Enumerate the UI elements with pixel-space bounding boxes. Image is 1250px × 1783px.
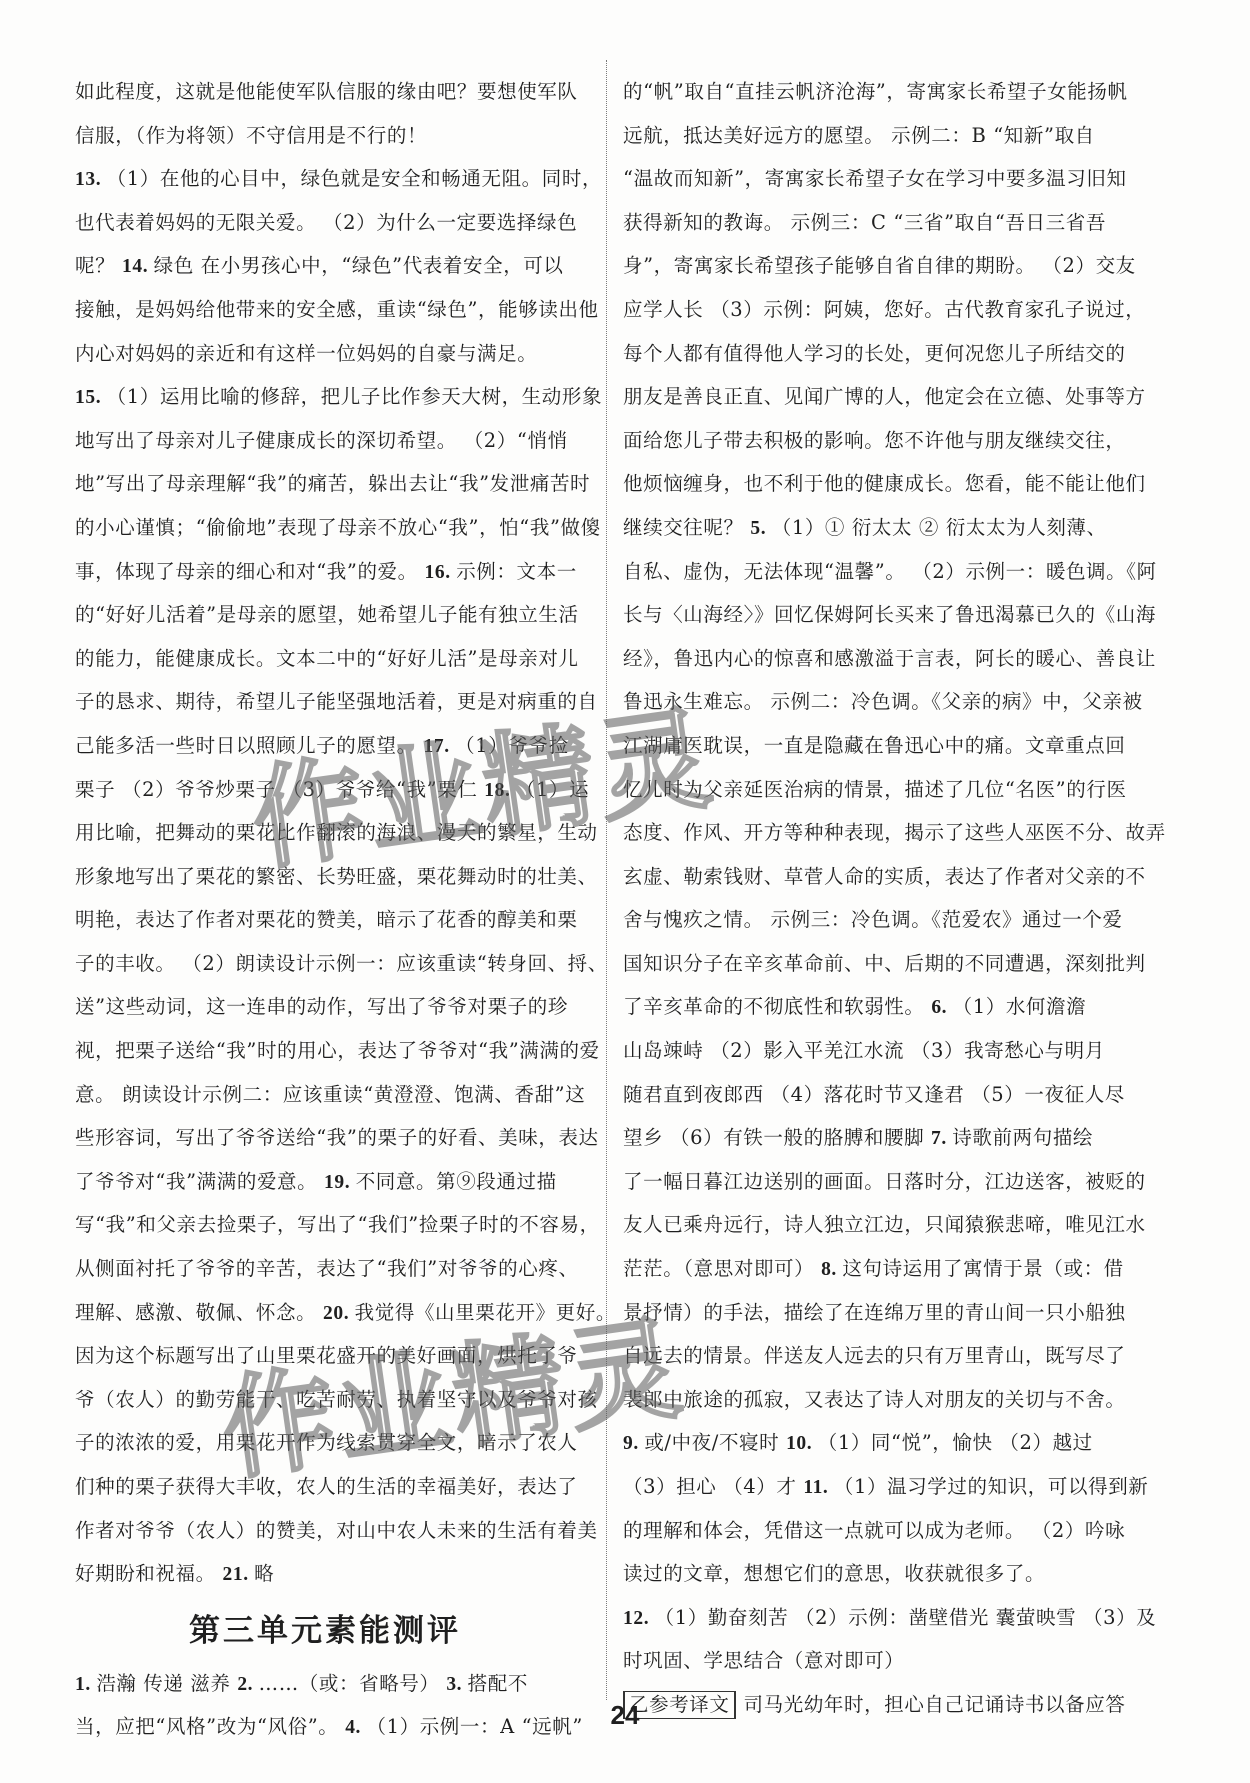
text-line: 读过的文章，想想它们的意思，收获就很多了。 xyxy=(623,1552,1128,1596)
text-line: 自私、虚伪，无法体现“温馨”。 （2）示例一：暖色调。《阿 xyxy=(623,550,1128,594)
text-line: 应学人长 （3）示例：阿姨，您好。古代教育家孔子说过， xyxy=(623,288,1128,332)
text-line: 信服，（作为将领）不守信用是不行的！ xyxy=(75,114,575,158)
text-line: 些形容词，写出了爷爷送给“我”的栗子的好看、美味，表达 xyxy=(75,1116,575,1160)
text-line: （3）担心 （4）才 11. （1）温习学过的知识，可以得到新 xyxy=(623,1465,1128,1509)
right-answer-lines: 的“帆”取自“直挂云帆济沧海”，寄寓家长希望子女能扬帆远航，抵达美好远方的愿望。… xyxy=(623,70,1128,1683)
text-line: 随君直到夜郎西 （4）落花时节又逢君 （5）一夜征人尽 xyxy=(623,1073,1128,1117)
text-line: 己能多活一些时日以照顾儿子的愿望。 17. （1）爷爷捡 xyxy=(75,724,575,768)
text-line: 舍与愧疚之情。 示例三：冷色调。《范爱农》通过一个爱 xyxy=(623,898,1128,942)
text-line: 接触，是妈妈给他带来的安全感，重读“绿色”，能够读出他 xyxy=(75,288,575,332)
text-line: 他烦恼缠身，也不利于他的健康成长。您看，能不能让他们 xyxy=(623,462,1128,506)
section-heading: 第三单元素能测评 xyxy=(75,1600,575,1662)
text-line: 子的恳求、期待，希望儿子能坚强地活着，更是对病重的自 xyxy=(75,680,575,724)
text-line: “温故而知新”，寄寓家长希望子女在学习中要多温习旧知 xyxy=(623,157,1128,201)
text-line: 的小心谨慎；“偷偷地”表现了母亲不放心“我”，怕“我”做傻 xyxy=(75,506,575,550)
page-number: 24 xyxy=(0,1700,1250,1731)
text-line: 意。 朗读设计示例二：应该重读“黄澄澄、饱满、香甜”这 xyxy=(75,1073,575,1117)
text-line: 的“帆”取自“直挂云帆济沧海”，寄寓家长希望子女能扬帆 xyxy=(623,70,1128,114)
text-line: 鲁迅永生难忘。 示例二：冷色调。《父亲的病》中，父亲被 xyxy=(623,680,1128,724)
text-line: 栗子 （2）爷爷炒栗子 （3）爷爷给“我”栗仁 18. （1）运 xyxy=(75,768,575,812)
text-line: 友人已乘舟远行，诗人独立江边，只闻猿猴悲啼，唯见江水 xyxy=(623,1203,1128,1247)
text-line: 山岛竦峙 （2）影入平羌江水流 （3）我寄愁心与明月 xyxy=(623,1029,1128,1073)
answer-key-page: 如此程度，这就是他能使军队信服的缘由吧？要想使军队信服，（作为将领）不守信用是不… xyxy=(0,0,1250,1783)
text-line: 地写出了母亲对儿子健康成长的深切希望。 （2）“悄悄 xyxy=(75,419,575,463)
text-line: 也代表着妈妈的无限关爱。 （2）为什么一定要选择绿色 xyxy=(75,201,575,245)
text-line: 写“我”和父亲去捡栗子，写出了“我们”捡栗子时的不容易， xyxy=(75,1203,575,1247)
text-line: 每个人都有值得他人学习的长处，更何况您儿子所结交的 xyxy=(623,332,1128,376)
text-line: 12. （1）勤奋刻苦 （2）示例：凿壁借光 囊萤映雪 （3）及 xyxy=(623,1596,1128,1640)
text-line: 态度、作风、开方等种种表现，揭示了这些人巫医不分、故弄 xyxy=(623,811,1128,855)
text-line: 用比喻，把舞动的栗花比作翻滚的海浪、漫天的繁星，生动 xyxy=(75,811,575,855)
text-line: 们种的栗子获得大丰收，农人的生活的幸福美好，表达了 xyxy=(75,1465,575,1509)
text-line: 朋友是善良正直、见闻广博的人，他定会在立德、处事等方 xyxy=(623,375,1128,419)
text-line: 理解、感激、敬佩、怀念。 20. 我觉得《山里栗花开》更好。 xyxy=(75,1291,575,1335)
text-line: 作者对爷爷（农人）的赞美，对山中农人未来的生活有着美 xyxy=(75,1509,575,1553)
text-line: 1. 浩瀚 传递 滋养 2. ……（或：省略号） 3. 搭配不 xyxy=(75,1662,575,1706)
text-line: 的能力，能健康成长。文本二中的“好好儿活”是母亲对儿 xyxy=(75,637,575,681)
text-line: 的理解和体会，凭借这一点就可以成为老师。 （2）吟咏 xyxy=(623,1509,1128,1553)
text-line: 时巩固、学思结合（意对即可） xyxy=(623,1639,1128,1683)
text-line: 身”，寄寓家长希望孩子能够自省自律的期盼。 （2）交友 xyxy=(623,244,1128,288)
text-line: 的“好好儿活着”是母亲的愿望，她希望儿子能有独立生活 xyxy=(75,593,575,637)
text-line: 好期盼和祝福。 21. 略 xyxy=(75,1552,575,1596)
text-line: 形象地写出了栗花的繁密、长势旺盛，栗花舞动时的壮美、 xyxy=(75,855,575,899)
text-line: 13. （1）在他的心目中，绿色就是安全和畅通无阻。同时， xyxy=(75,157,575,201)
text-line: 获得新知的教诲。 示例三：C “三省”取自“吾日三省吾 xyxy=(623,201,1128,245)
text-line: 15. （1）运用比喻的修辞，把儿子比作参天大树，生动形象 xyxy=(75,375,575,419)
text-line: 了一幅日暮江边送别的画面。日落时分，江边送客，被贬的 xyxy=(623,1160,1128,1204)
text-line: 望乡 （6）有铁一般的胳膊和腰脚 7. 诗歌前两句描绘 xyxy=(623,1116,1128,1160)
text-line: 了爷爷对“我”满满的爱意。 19. 不同意。第⑨段通过描 xyxy=(75,1160,575,1204)
text-line: 子的丰收。 （2）朗读设计示例一：应该重读“转身回、捋、 xyxy=(75,942,575,986)
text-line: 裴郎中旅途的孤寂，又表达了诗人对朋友的关切与不舍。 xyxy=(623,1378,1128,1422)
left-column: 如此程度，这就是他能使军队信服的缘由吧？要想使军队信服，（作为将领）不守信用是不… xyxy=(75,70,575,1749)
text-line: 忆儿时为父亲延医治病的情景，描述了几位“名医”的行医 xyxy=(623,768,1128,812)
text-line: 爷（农人）的勤劳能干、吃苦耐劳、执着坚守以及爷爷对孩 xyxy=(75,1378,575,1422)
text-line: 明艳，表达了作者对栗花的赞美，暗示了花香的醇美和栗 xyxy=(75,898,575,942)
right-column: 的“帆”取自“直挂云帆济沧海”，寄寓家长希望子女能扬帆远航，抵达美好远方的愿望。… xyxy=(623,70,1128,1727)
text-line: 内心对妈妈的亲近和有这样一位妈妈的自豪与满足。 xyxy=(75,332,575,376)
text-line: 如此程度，这就是他能使军队信服的缘由吧？要想使军队 xyxy=(75,70,575,114)
text-line: 经》，鲁迅内心的惊喜和感激溢于言表，阿长的暖心、善良让 xyxy=(623,637,1128,681)
text-line: 继续交往呢？ 5. （1）① 衍太太 ② 衍太太为人刻薄、 xyxy=(623,506,1128,550)
text-line: 玄虚、勒索钱财、草菅人命的实质，表达了作者对父亲的不 xyxy=(623,855,1128,899)
text-line: 视，把栗子送给“我”时的用心，表达了爷爷对“我”满满的爱 xyxy=(75,1029,575,1073)
text-line: 子的浓浓的爱，用栗花开作为线索贯穿全文，暗示了农人 xyxy=(75,1421,575,1465)
column-divider xyxy=(606,60,607,1700)
text-line: 9. 或/中夜/不寝时 10. （1）同“悦”，愉快 （2）越过 xyxy=(623,1421,1128,1465)
text-line: 从侧面衬托了爷爷的辛苦，表达了“我们”对爷爷的心疼、 xyxy=(75,1247,575,1291)
text-line: 面给您儿子带去积极的影响。您不许他与朋友继续交往， xyxy=(623,419,1128,463)
text-line: 茫茫。（意思对即可） 8. 这句诗运用了寓情于景（或：借 xyxy=(623,1247,1128,1291)
text-line: 因为这个标题写出了山里栗花盛开的美好画面，烘托了爷 xyxy=(75,1334,575,1378)
text-line: 呢？ 14. 绿色 在小男孩心中，“绿色”代表着安全，可以 xyxy=(75,244,575,288)
text-line: 景抒情）的手法，描绘了在连绵万里的青山间一只小船独 xyxy=(623,1291,1128,1335)
text-line: 江湖庸医耽误，一直是隐藏在鲁迅心中的痛。文章重点回 xyxy=(623,724,1128,768)
text-line: 送”这些动词，这一连串的动作，写出了爷爷对栗子的珍 xyxy=(75,985,575,1029)
text-line: 长与〈山海经〉》回忆保姆阿长买来了鲁迅渴慕已久的《山海 xyxy=(623,593,1128,637)
text-line: 远航，抵达美好远方的愿望。 示例二：B “知新”取自 xyxy=(623,114,1128,158)
left-answer-lines: 如此程度，这就是他能使军队信服的缘由吧？要想使军队信服，（作为将领）不守信用是不… xyxy=(75,70,575,1596)
text-line: 自远去的情景。伴送友人远去的只有万里青山，既写尽了 xyxy=(623,1334,1128,1378)
text-line: 地”写出了母亲理解“我”的痛苦，躲出去让“我”发泄痛苦时 xyxy=(75,462,575,506)
text-line: 事，体现了母亲的细心和对“我”的爱。 16. 示例：文本一 xyxy=(75,550,575,594)
text-line: 国知识分子在辛亥革命前、中、后期的不同遭遇，深刻批判 xyxy=(623,942,1128,986)
text-line: 了辛亥革命的不彻底性和软弱性。 6. （1）水何澹澹 xyxy=(623,985,1128,1029)
